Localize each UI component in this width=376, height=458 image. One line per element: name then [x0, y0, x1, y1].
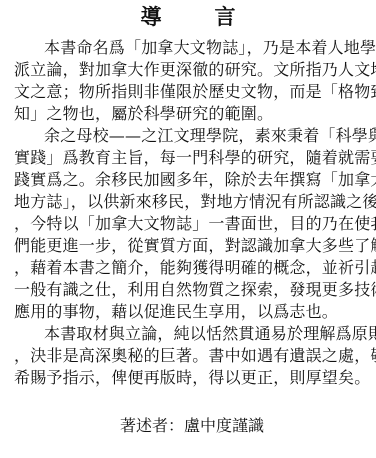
paragraph-2-line-5: ，今特以「加拿大文物誌」一書面世，目的乃在使我 — [14, 213, 354, 235]
paragraph-2-line-4: 地方誌」，以供新來移民，對地方情況有所認識之後 — [14, 191, 354, 213]
preface-body: 本書命名爲「加拿大文物誌」，乃是本着人地學 派立論，對加拿大作更深徹的研究。文所… — [14, 37, 354, 389]
paragraph-3-line-3: 希賜予指示，俾便再版時，得以更正，則厚望矣。 — [14, 367, 354, 389]
author-signature: 著述者：盧中度謹識 — [0, 415, 376, 437]
paragraph-3-line-1: 本書取材與立論，純以恬然貫通易於理解爲原則 — [14, 323, 354, 345]
paragraph-1-line-2: 派立論，對加拿大作更深徹的研究。文所指乃人文地 — [14, 59, 354, 81]
paragraph-2-line-8: 一般有識之仕，利用自然物質之探索，發現更多技術 — [14, 279, 354, 301]
paragraph-3-line-2: ，決非是高深奧秘的巨著。書中如遇有遺誤之處，敬 — [14, 345, 354, 367]
page-title: 導 言 — [0, 4, 376, 30]
paragraph-1-line-4: 知」之物也，屬於科學研究的範圍。 — [14, 103, 354, 125]
paragraph-2-line-7: ，藉着本書之簡介，能夠獲得明確的概念，並祈引起 — [14, 257, 354, 279]
paragraph-2-line-3: 踐實爲之。余移民加國多年，除於去年撰寫「加拿大 — [14, 169, 354, 191]
paragraph-2-line-9: 應用的事物，藉以促進民生享用，以爲志也。 — [14, 301, 354, 323]
paragraph-2-line-1: 余之母校——之江文理學院，素來秉着「科學與 — [14, 125, 354, 147]
paragraph-1-line-1: 本書命名爲「加拿大文物誌」，乃是本着人地學 — [14, 37, 354, 59]
paragraph-1-line-3: 文之意；物所指則非僅限於歷史文物，而是「格物致 — [14, 81, 354, 103]
paragraph-2-line-6: 們能更進一步，從實質方面，對認識加拿大多些了解 — [14, 235, 354, 257]
paragraph-2-line-2: 實踐」爲教育主旨，每一門科學的研究，隨着就需要 — [14, 147, 354, 169]
